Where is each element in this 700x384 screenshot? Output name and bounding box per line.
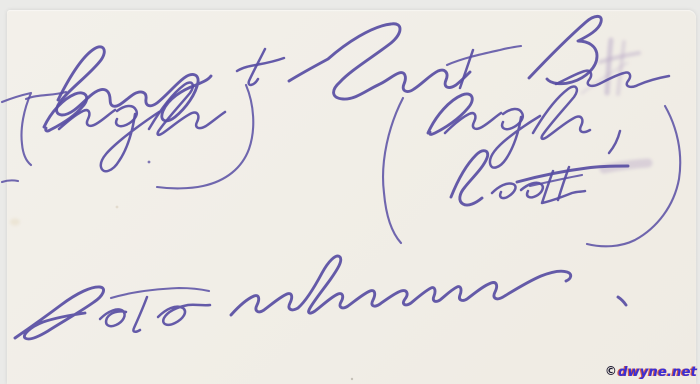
watermark: ©dwyne.net: [605, 364, 697, 380]
pen-stroke: [231, 256, 571, 315]
pen-stroke: [111, 288, 209, 298]
ink-dot: [148, 161, 151, 164]
handwriting-line-scott: [451, 151, 628, 205]
pen-stroke: [2, 93, 31, 165]
paper-speck: [116, 206, 119, 209]
handwriting-svg: [0, 0, 700, 384]
pen-stroke: [447, 46, 521, 65]
paper-specks: [10, 161, 353, 381]
pen-stroke: [587, 106, 680, 246]
smudge-stroke: [600, 53, 639, 62]
pen-stroke: [158, 305, 210, 325]
paper-stain: [10, 219, 20, 226]
pen-stroke: [2, 180, 18, 182]
pen-stroke: [609, 131, 620, 153]
pen-stroke: [490, 116, 540, 168]
watermark-site-name: dwyne.net: [618, 365, 697, 380]
pen-stroke: [149, 83, 225, 135]
scanned-note: ©dwyne.net: [0, 0, 700, 384]
ink-transfer-smudge: [582, 40, 648, 169]
pen-stroke: [15, 287, 104, 339]
smudge-stroke: [607, 40, 611, 93]
pen-stroke: [133, 297, 147, 332]
pen-stroke: [289, 24, 470, 99]
copyright-icon: ©: [605, 364, 617, 378]
pen-stroke: [618, 297, 626, 305]
pen-stroke: [533, 87, 590, 139]
pen-stroke: [492, 183, 516, 198]
paper-speck: [351, 378, 353, 380]
handwriting-line-joy-aunt-bess: [26, 16, 669, 120]
pen-stroke: [460, 50, 473, 88]
pen-stroke: [100, 309, 126, 326]
pen-stroke: [451, 151, 488, 205]
pen-stroke: [383, 98, 403, 243]
handwriting-line-date-unknown: [15, 256, 626, 339]
